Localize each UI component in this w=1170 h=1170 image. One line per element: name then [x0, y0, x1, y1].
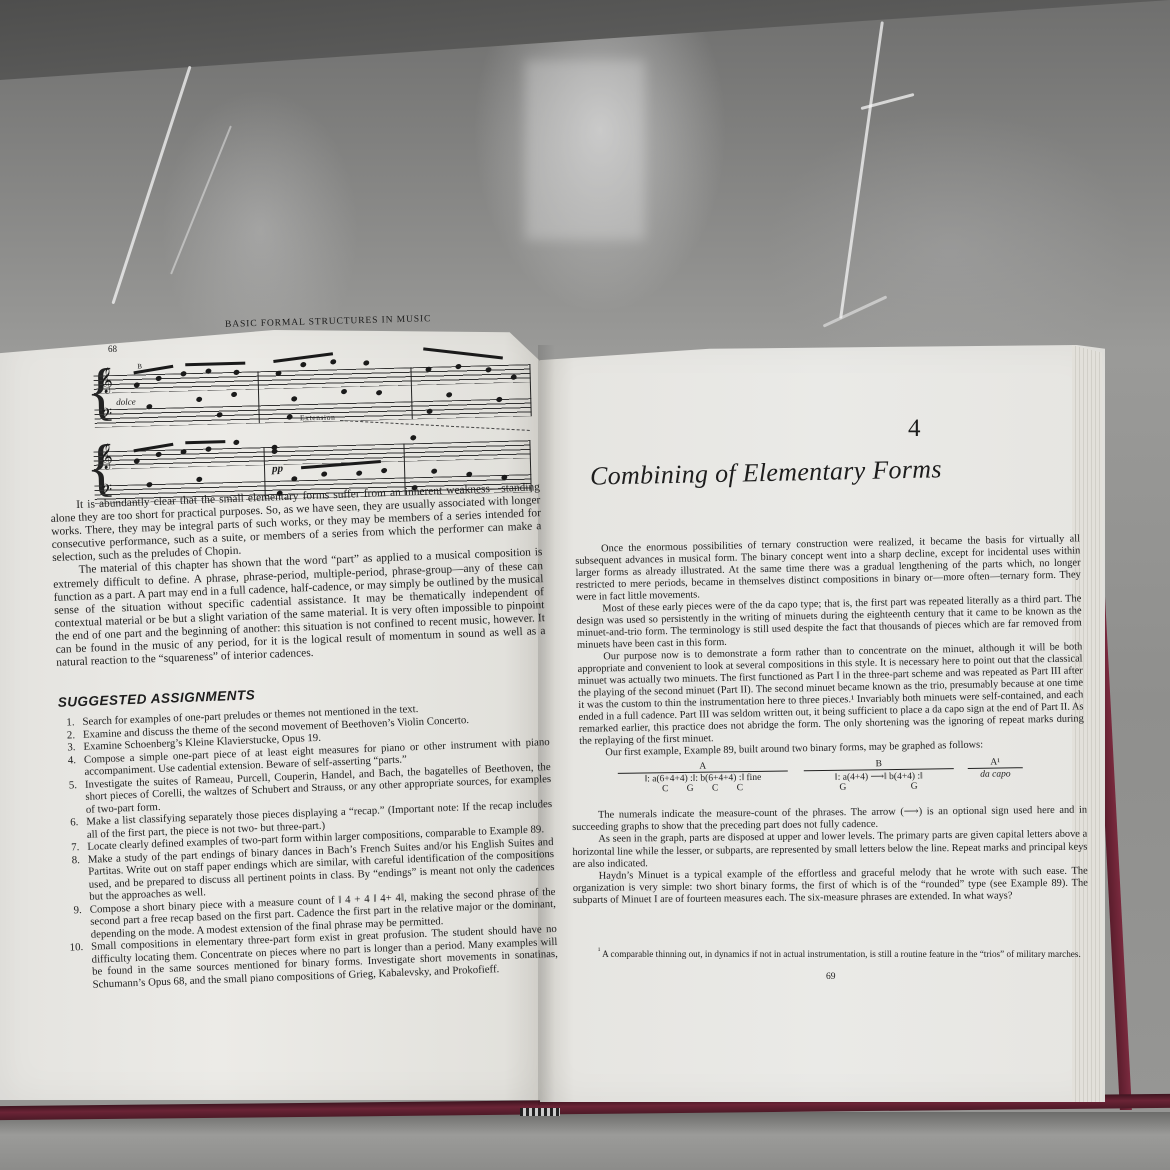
dynamic-dolce: dolce — [116, 397, 136, 408]
paragraph: The material of this chapter has shown t… — [53, 547, 547, 670]
footnote: ¹ A comparable thinning out, in dynamics… — [578, 945, 1098, 960]
list-number: 4. — [62, 754, 80, 767]
left-page-body: It is abundantly clear that the small el… — [50, 481, 559, 992]
list-number: 8. — [66, 854, 84, 867]
page-number-right: 69 — [826, 972, 836, 982]
note — [300, 361, 307, 368]
list-number: 3. — [61, 741, 79, 754]
note — [380, 467, 387, 474]
chalk-scratch — [525, 60, 645, 240]
note — [233, 439, 240, 446]
note — [330, 358, 337, 365]
book-spine-stitching — [520, 1108, 560, 1116]
form-graph-part-a-prime: A¹ da capo — [968, 757, 1023, 780]
paragraph: Our purpose now is to demonstrate a form… — [577, 641, 1084, 748]
form-graph-part-a: A ‖: a(6+4+4) :‖: b(6+4+4) :‖ fine C G C… — [618, 760, 788, 794]
form-graph-part-b: B ‖: a(4+4) ⟶‖ b(4+4) :‖ G G — [804, 758, 954, 793]
footnote-body: A comparable thinning out, in dynamics i… — [602, 949, 1081, 959]
note — [195, 396, 202, 403]
concrete-surface-bottom — [0, 1112, 1170, 1170]
beam — [185, 440, 225, 444]
note — [230, 391, 237, 398]
note — [410, 434, 417, 441]
note — [340, 388, 347, 395]
paragraph: Once the enormous possibilities of terna… — [575, 533, 1081, 604]
form-graph: A ‖: a(6+4+4) :‖: b(6+4+4) :‖ fine C G C… — [618, 757, 1029, 813]
dynamic-pp: pp — [272, 463, 283, 475]
note — [196, 476, 203, 483]
footnote-marker: ¹ — [598, 946, 600, 955]
chapter-number: 4 — [908, 415, 921, 443]
list-number: 6. — [64, 816, 82, 829]
right-page-body-continued: The numerals indicate the measure-count … — [572, 805, 1088, 908]
footnote-text: ¹ A comparable thinning out, in dynamics… — [578, 945, 1098, 960]
note — [375, 389, 382, 396]
note — [355, 470, 362, 477]
note — [320, 471, 327, 478]
part-formula: da capo — [968, 767, 1023, 780]
bass-clef-icon: 𝄢 — [100, 405, 112, 426]
page-number-left: 68 — [108, 344, 117, 354]
treble-clef-icon: 𝄞 — [99, 367, 113, 393]
treble-clef-icon: 𝄞 — [99, 443, 113, 469]
list-number: 5. — [63, 779, 81, 792]
note — [290, 395, 297, 402]
part-keys: G G — [804, 781, 954, 793]
paragraph: As seen in the graph, parts are disposed… — [572, 829, 1087, 871]
list-number: 1. — [60, 716, 78, 729]
list-number: 10. — [69, 941, 87, 954]
note — [445, 391, 452, 398]
paragraph: Haydn’s Minuet is a typical example of t… — [573, 866, 1088, 908]
note — [430, 468, 437, 475]
list-number: 2. — [61, 729, 79, 742]
extension-annotation: Extension — [300, 413, 336, 423]
part-keys: C G C C — [618, 782, 788, 794]
list-number: 9. — [68, 904, 86, 917]
assignments-list: 1.Search for examples of one-part prelud… — [58, 698, 558, 992]
list-number: 7. — [65, 841, 83, 854]
beam — [185, 362, 245, 366]
right-page-body: Once the enormous possibilities of terna… — [575, 533, 1084, 760]
note — [363, 360, 370, 367]
